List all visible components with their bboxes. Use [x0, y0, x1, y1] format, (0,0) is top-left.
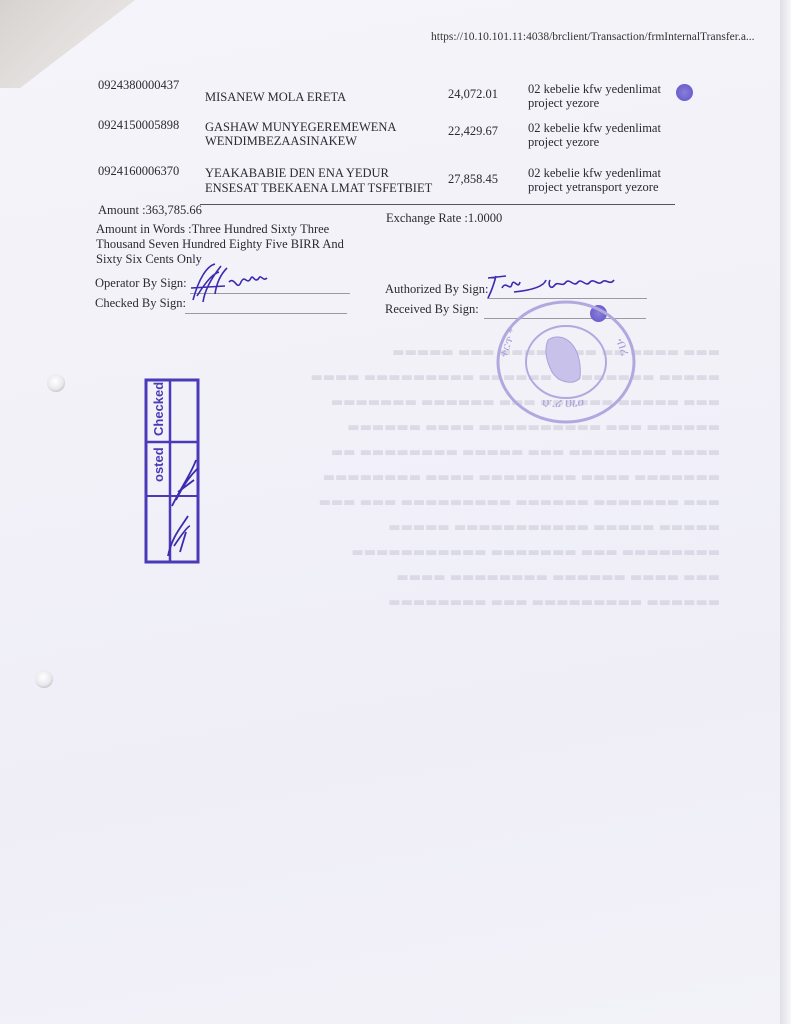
official-seal: ብረ ዐገበ ፖ.ሰ ቀርጥ *	[488, 300, 643, 425]
account-number: 0924160006370	[98, 164, 208, 178]
transfer-description: 02 kebelie kfw yedenlimat project yetran…	[528, 166, 703, 194]
exchange-rate: Exchange Rate :1.0000	[386, 211, 502, 226]
transfer-amount: 22,429.67	[448, 124, 518, 138]
posted-checked-stamp: Checked osted	[142, 376, 202, 566]
authorized-signature	[484, 270, 624, 302]
beneficiary-name: MISANEW MOLA ERETA	[205, 90, 450, 104]
punch-hole	[35, 670, 53, 688]
account-number: 0924150005898	[98, 118, 208, 132]
checked-sign-line	[185, 313, 347, 314]
checked-sign-label: Checked By Sign:	[95, 296, 186, 311]
ink-dot	[676, 84, 693, 101]
svg-text:ዐገበ ፖ.ሰ: ዐገበ ፖ.ሰ	[542, 397, 584, 411]
page-edge	[780, 0, 791, 1024]
punch-hole	[47, 374, 65, 392]
operator-signature	[185, 258, 285, 308]
transfer-description: 02 kebelie kfw yedenlimat project yezore	[528, 121, 703, 149]
received-sign-label: Received By Sign:	[385, 302, 479, 317]
operator-sign-label: Operator By Sign:	[95, 276, 187, 291]
beneficiary-name: GASHAW MUNYEGEREMEWENA WENDIMBEZAASINAKE…	[205, 120, 450, 148]
transfer-amount: 27,858.45	[448, 172, 518, 186]
account-number: 0924380000437	[98, 78, 208, 92]
page-url: https://10.10.101.11:4038/brclient/Trans…	[431, 31, 755, 43]
total-amount: Amount :363,785.66	[98, 203, 202, 218]
scanned-page: ▬▬▬ ▬▬▬▬ ▬▬ ▬▬▬▬▬▬▬▬ ▬▬▬ ▬▬▬▬▬ ▬▬▬▬▬ ▬▬▬…	[0, 0, 780, 1024]
svg-text:Checked: Checked	[151, 382, 166, 436]
svg-text:osted: osted	[151, 447, 166, 482]
beneficiary-name: YEAKABABIE DEN ENA YEDUR ENSESAT TBEKAEN…	[205, 166, 450, 195]
transfer-amount: 24,072.01	[448, 87, 518, 101]
table-bottom-rule	[200, 204, 675, 205]
authorized-sign-label: Authorized By Sign:	[385, 282, 488, 297]
